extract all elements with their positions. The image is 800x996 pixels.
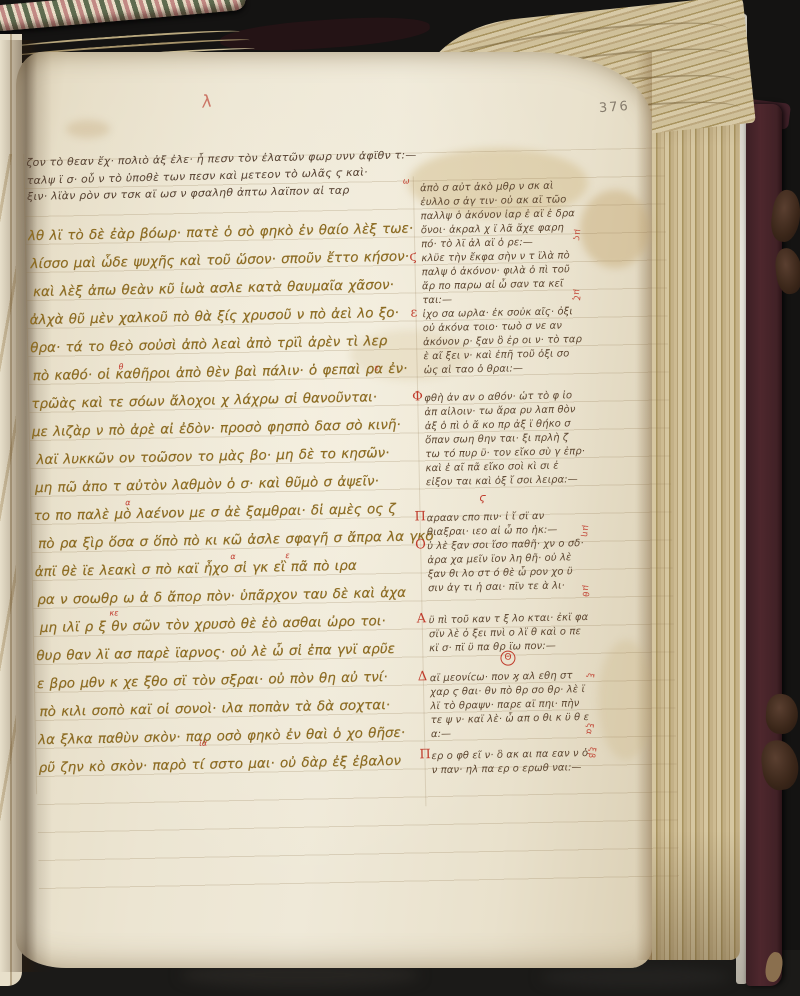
commentary-paragraph: Φφθὴ ἀν αν ο αθόν· ὡτ τὸ φ ἰο ἀπ αἰλοιν·…	[423, 389, 587, 490]
kephalaion-number: ξβ	[586, 746, 597, 759]
paragraph-initial: ε	[410, 306, 417, 320]
rubric-correction: ω	[403, 177, 410, 186]
commentary-paragraph: Αϋ πὶ τοῦ καν τ ξ λο κται· ἐκϊ φα σϊν λὲ…	[428, 611, 591, 656]
commentary-paragraph-text: κλϋε τὴν ἔκφα σὴν ν τ ϊλὰ πὸ παλψ ὁ ἀκόν…	[420, 249, 583, 308]
kephalaion-number: ξα	[583, 722, 594, 735]
kephalaion-number: μθ	[579, 585, 590, 599]
rubric-correction: θ	[118, 362, 123, 371]
kephalaion-number: ξ	[585, 672, 596, 679]
rubric-divider: ϛ	[479, 491, 486, 504]
kephalaion-number: μη	[579, 525, 590, 539]
script-area: ζον τὸ θεαν ἔχ· πολιὸ ἀξ ἐλε· ἦ πεσν τὸν…	[20, 130, 751, 914]
rubric-correction: α	[125, 498, 130, 507]
commentary-paragraph-text: ἀπὸ σ αὐτ ἀκὸ μθρ ν σκ αὶ ἐυλλο σ ἀγ τιν…	[419, 179, 582, 252]
paragraph-initial: Π	[419, 748, 431, 762]
commentary-paragraph: Περ ο φθ εῖ ν· ὃ ακ αι πα εαν ν ὁ ν παν·…	[430, 747, 593, 778]
parchment-stain	[66, 120, 110, 138]
paragraph-initial: Δ	[418, 670, 428, 684]
rubric-correction: α	[230, 552, 235, 561]
commentary-paragraph: Οὑ λὲ ξαν σοι ἴσο παθῆ· χν ο σδ· ἀρα χα …	[426, 537, 589, 596]
paragraph-initial: Φ	[412, 390, 423, 404]
commentary-paragraph-text: αρααν ϲπο πιν· ἰ ἴ σϊ αν θιαξραι· ιεο αἰ…	[426, 509, 589, 540]
commentary-paragraph-text: φθὴ ἀν αν ο αθόν· ὡτ τὸ φ ἰο ἀπ αἰλοιν· …	[423, 389, 587, 490]
folio-number: 376	[599, 99, 631, 116]
commentary-paragraph: εἰχο σα ωρλα· ἐκ σοὐκ αῖς· ὀξι οὐ ἀκόνα …	[421, 305, 584, 378]
kephalaion-number: μϛ	[571, 229, 582, 243]
commentary-paragraph-text: ερ ο φθ εῖ ν· ὃ ακ αι πα εαν ν ὁ ν παν· …	[430, 747, 593, 778]
kephalaion-number: μζ	[571, 289, 582, 302]
header-text-block: ζον τὸ θεαν ἔχ· πολιὸ ἀξ ἐλε· ἦ πεσν τὸν…	[26, 146, 423, 205]
commentary-paragraph: Δαϊ μεονίϲω· πον ϗ αλ εθη στ χαρ ϛ θαι· …	[429, 669, 592, 742]
commentary-paragraph: ϛκλϋε τὴν ἔκφα σὴν ν τ ϊλὰ πὸ παλψ ὁ ἀκό…	[420, 249, 583, 308]
commentary-paragraph-text: ἰχο σα ωρλα· ἐκ σοὐκ αῖς· ὀξι οὐ ἀκόνα τ…	[421, 305, 584, 378]
rubric-correction: ϊα	[199, 739, 207, 748]
photo-background: { "page": { "folio_number": "376", "quir…	[0, 0, 800, 996]
commentary-paragraph-text: ϋ πὶ τοῦ καν τ ξ λο κται· ἐκϊ φα σϊν λὲ …	[428, 611, 591, 656]
rubric-correction: κε	[109, 608, 118, 617]
clasp-strap	[765, 693, 800, 735]
cradle-shadow	[540, 966, 730, 988]
paragraph-initial: ϛ	[409, 250, 417, 264]
rubric-correction: ε	[375, 363, 380, 372]
main-text-column: λθ λϊ τὸ δὲ ἐὰρ βόωρ· πατὲ ὁ σὸ φηκὸ ἐν …	[28, 214, 439, 782]
paragraph-initial: Π	[414, 510, 426, 524]
commentary-paragraph: Παρααν ϲπο πιν· ἰ ἴ σϊ αν θιαξραι· ιεο α…	[426, 509, 589, 540]
rubric-correction: ε	[285, 551, 290, 560]
commentary-paragraph-text: αϊ μεονίϲω· πον ϗ αλ εθη στ χαρ ϛ θαι· θ…	[429, 669, 592, 742]
commentary-paragraph-text: ὑ λὲ ξαν σοι ἴσο παθῆ· χν ο σδ· ἀρα χα μ…	[426, 537, 589, 596]
paragraph-initial: Α	[417, 612, 427, 626]
endband	[0, 0, 246, 32]
commentary-paragraph: ἀπὸ σ αὐτ ἀκὸ μθρ ν σκ αὶ ἐυλλο σ ἀγ τιν…	[419, 179, 582, 252]
paragraph-initial: Ο	[415, 538, 426, 552]
